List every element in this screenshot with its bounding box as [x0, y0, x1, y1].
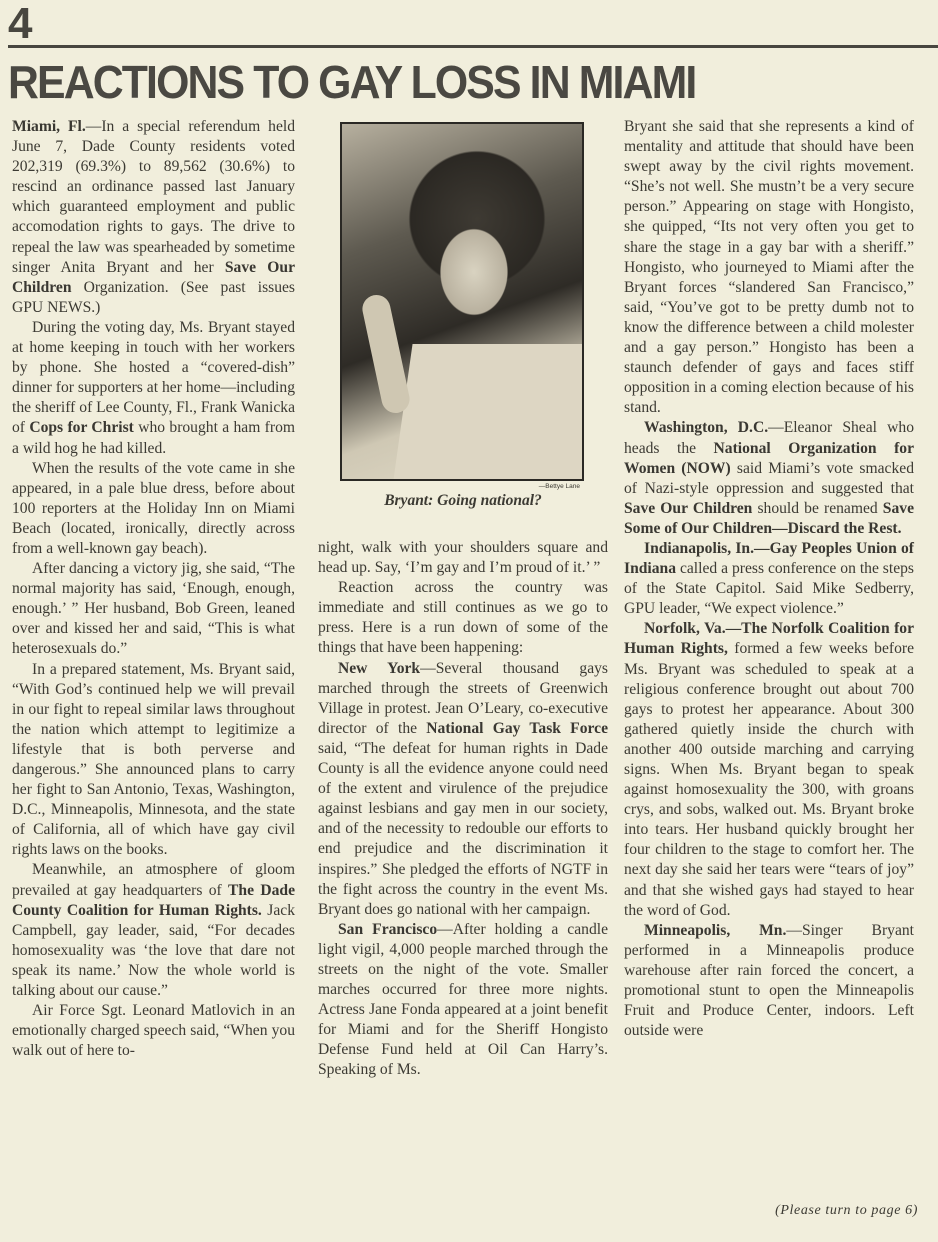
- photo-credit: —Bettye Lane: [340, 483, 586, 490]
- photo-caption: Bryant: Going national?: [340, 492, 586, 510]
- paragraph: Air Force Sgt. Leonard Matlovich in an e…: [12, 1001, 295, 1061]
- paragraph: Meanwhile, an atmosphere of gloom prevai…: [12, 860, 295, 1001]
- photo-figure: —Bettye Lane Bryant: Going national?: [340, 122, 586, 510]
- paragraph: When the results of the vote came in she…: [12, 459, 295, 559]
- paragraph: Indianapolis, In.—Gay Peoples Union of I…: [624, 539, 914, 619]
- paragraph: New York—Several thousand gays marched t…: [318, 659, 608, 920]
- paragraph: night, walk with your shoulders square a…: [318, 538, 608, 578]
- paragraph: Norfolk, Va.—The Norfolk Coalition for H…: [624, 619, 914, 920]
- header-rule: [8, 45, 938, 48]
- paragraph: Washington, D.C.—Eleanor Sheal who heads…: [624, 418, 914, 539]
- paragraph: After dancing a victory jig, she said, “…: [12, 559, 295, 659]
- paragraph: Reaction across the country was immediat…: [318, 578, 608, 658]
- article-column-3: Bryant she said that she represents a ki…: [624, 117, 914, 1041]
- paragraph: San Francisco—After holding a candle lig…: [318, 920, 608, 1081]
- continuation-note: (Please turn to page 6): [775, 1203, 918, 1219]
- paragraph: During the voting day, Ms. Bryant stayed…: [12, 318, 295, 459]
- paragraph: Miami, Fl.—In a special referendum held …: [12, 117, 295, 318]
- page-number: 4: [8, 0, 32, 48]
- headline: REACTIONS TO GAY LOSS IN MIAMI: [8, 54, 873, 110]
- paragraph: Minneapolis, Mn.—Singer Bryant performed…: [624, 921, 914, 1042]
- paragraph: In a prepared statement, Ms. Bryant said…: [12, 660, 295, 861]
- article-column-1: Miami, Fl.—In a special referendum held …: [12, 117, 295, 1061]
- article-column-2: night, walk with your shoulders square a…: [318, 538, 608, 1081]
- paragraph: Bryant she said that she represents a ki…: [624, 117, 914, 418]
- photo-anita-bryant: [340, 122, 584, 481]
